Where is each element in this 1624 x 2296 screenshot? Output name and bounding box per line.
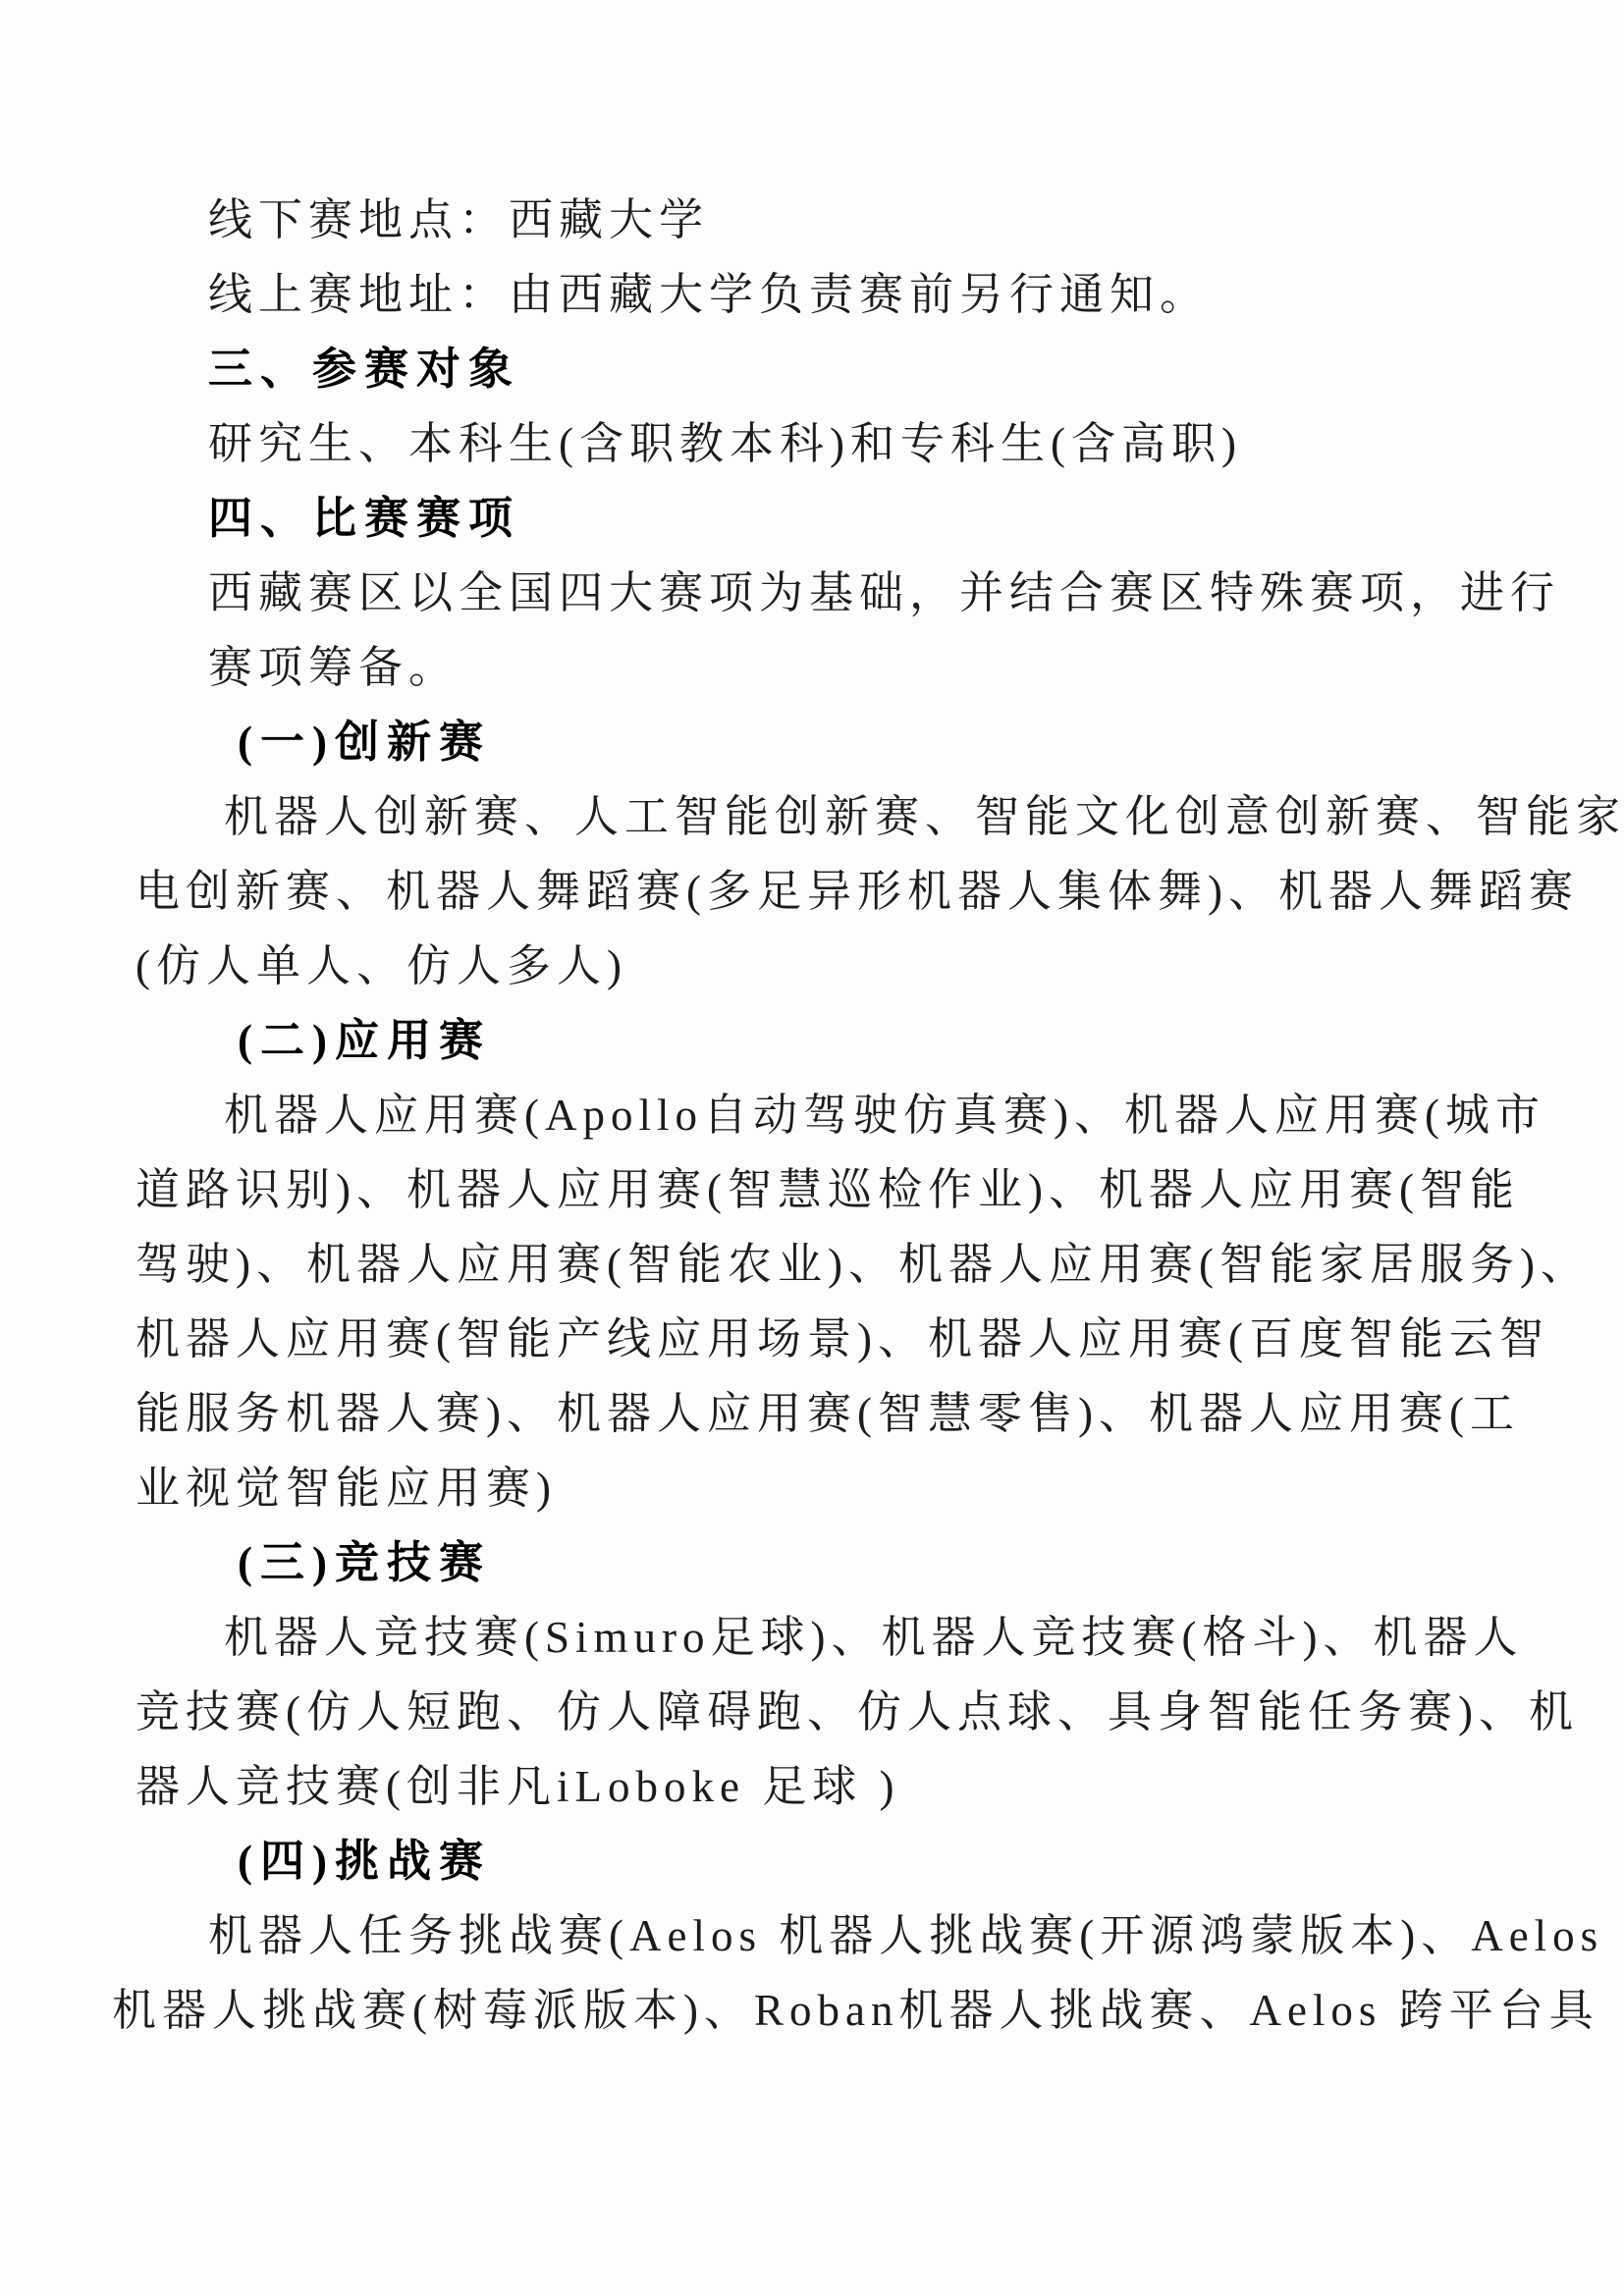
line-events-intro-1: 西藏赛区以全国四大赛项为基础，并结合赛区特殊赛项，进行 — [135, 556, 1530, 630]
line-application-4: 机器人应用赛(智能产线应用场景)、机器人应用赛(百度智能云智 — [135, 1302, 1530, 1376]
heading-application-contest: (二)应用赛 — [135, 1003, 1530, 1078]
line-challenge-2: 机器人挑战赛(树莓派版本)、Roban机器人挑战赛、Aelos 跨平台具 — [112, 1973, 1530, 2048]
line-competitive-1: 机器人竞技赛(Simuro足球)、机器人竞技赛(格斗)、机器人 — [135, 1600, 1530, 1675]
line-application-6: 业视觉智能应用赛) — [135, 1451, 1530, 1525]
document-content: 线下赛地点：西藏大学 线上赛地址：由西藏大学负责赛前另行通知。 三、参赛对象 研… — [135, 183, 1530, 2048]
line-events-intro-2: 赛项筹备。 — [135, 630, 1530, 705]
line-competitive-3: 器人竞技赛(创非凡iLoboke 足球 ) — [135, 1749, 1530, 1824]
line-innovation-1: 机器人创新赛、人工智能创新赛、智能文化创意创新赛、智能家 — [135, 779, 1530, 854]
line-application-5: 能服务机器人赛)、机器人应用赛(智慧零售)、机器人应用赛(工 — [135, 1376, 1530, 1451]
heading-section-4-events: 四、比赛赛项 — [135, 481, 1530, 556]
line-innovation-3: (仿人单人、仿人多人) — [135, 929, 1530, 1003]
line-innovation-2: 电创新赛、机器人舞蹈赛(多足异形机器人集体舞)、机器人舞蹈赛 — [135, 854, 1530, 929]
line-application-3: 驾驶)、机器人应用赛(智能农业)、机器人应用赛(智能家居服务)、 — [135, 1227, 1530, 1302]
document-page: 线下赛地点：西藏大学 线上赛地址：由西藏大学负责赛前另行通知。 三、参赛对象 研… — [0, 0, 1624, 2296]
heading-challenge-contest: (四)挑战赛 — [135, 1824, 1530, 1898]
line-application-2: 道路识别)、机器人应用赛(智慧巡检作业)、机器人应用赛(智能 — [135, 1152, 1530, 1227]
heading-innovation-contest: (一)创新赛 — [135, 705, 1530, 779]
line-online-venue: 线上赛地址：由西藏大学负责赛前另行通知。 — [135, 257, 1530, 332]
heading-section-3-participants: 三、参赛对象 — [135, 332, 1530, 406]
line-participants: 研究生、本科生(含职教本科)和专科生(含高职) — [135, 406, 1530, 481]
heading-competitive-contest: (三)竞技赛 — [135, 1525, 1530, 1600]
line-application-1: 机器人应用赛(Apollo自动驾驶仿真赛)、机器人应用赛(城市 — [135, 1078, 1530, 1152]
line-challenge-1: 机器人任务挑战赛(Aelos 机器人挑战赛(开源鸿蒙版本)、Aelos — [135, 1898, 1530, 1973]
line-offline-venue: 线下赛地点：西藏大学 — [135, 183, 1530, 257]
line-competitive-2: 竞技赛(仿人短跑、仿人障碍跑、仿人点球、具身智能任务赛)、机 — [135, 1675, 1530, 1749]
